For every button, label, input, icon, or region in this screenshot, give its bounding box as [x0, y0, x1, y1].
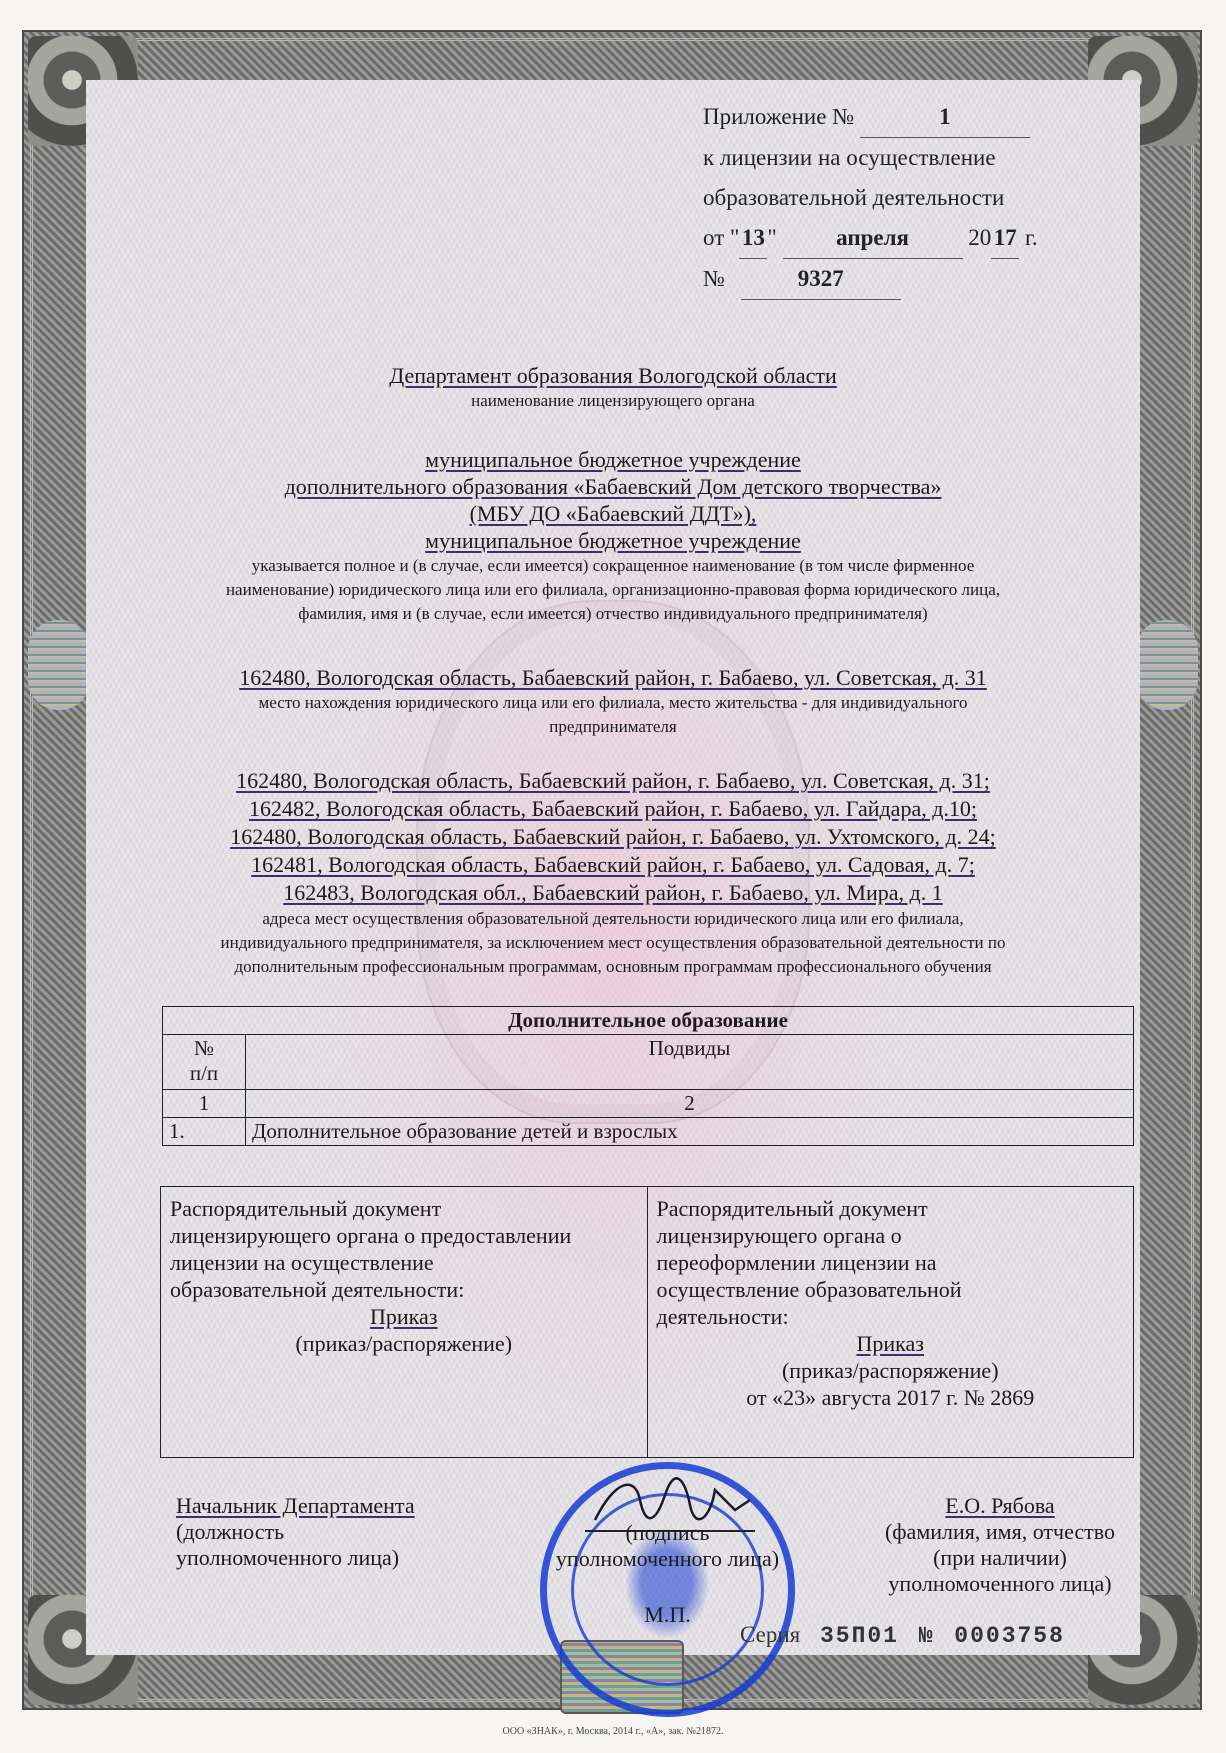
appendix-header: Приложение № 1 к лицензии на осуществлен…: [703, 97, 1038, 300]
date-year-prefix: 20: [968, 225, 991, 250]
series-value: 35П01: [820, 1623, 899, 1649]
appendix-date: от "13" апреля 2017 г.: [703, 218, 1038, 259]
licensing-body: Департамент образования Вологодской обла…: [86, 362, 1140, 413]
signature-caption-line: уполномоченного лица): [540, 1546, 795, 1572]
activity-caption: адреса мест осуществления образовательно…: [86, 907, 1140, 931]
series-label: Серия: [740, 1622, 800, 1647]
date-day: 13: [739, 218, 767, 259]
signature-caption: (подпись уполномоченного лица) М.П.: [540, 1520, 795, 1628]
col-num-line2: п/п: [169, 1061, 239, 1086]
appendix-line2: к лицензии на осуществление: [703, 138, 1038, 178]
activity-addresses-block: 162480, Вологодская область, Бабаевский …: [86, 767, 1140, 979]
table-row: 1. Дополнительное образование детей и вз…: [163, 1118, 1134, 1146]
grant-doc-caption: (приказ/распоряжение): [170, 1330, 638, 1357]
date-month: апреля: [783, 218, 963, 259]
official-position: Начальник Департамента (должность уполно…: [176, 1493, 415, 1571]
reissue-doc-ref: от «23» августа 2017 г. № 2869: [657, 1384, 1125, 1411]
licensing-body-caption: наименование лицензирующего органа: [86, 389, 1140, 413]
orders-table: Распорядительный документ лицензирующего…: [160, 1186, 1134, 1458]
grant-line: Распорядительный документ: [170, 1195, 638, 1222]
name-caption: уполномоченного лица): [860, 1571, 1140, 1597]
signature-caption-line: (подпись: [540, 1520, 795, 1546]
position-caption: уполномоченного лица): [176, 1545, 415, 1571]
form-number: 0003758: [954, 1623, 1065, 1649]
name-caption: (фамилия, имя, отчество: [860, 1519, 1140, 1545]
table-title: Дополнительное образование: [163, 1007, 1134, 1035]
activity-caption: дополнительным профессиональным программ…: [86, 955, 1140, 979]
location-caption: предпринимателя: [86, 715, 1140, 739]
licensing-body-name: Департамент образования Вологодской обла…: [389, 363, 837, 388]
grant-line: лицензии на осуществление: [170, 1249, 638, 1276]
grant-doc-type: Приказ: [370, 1304, 437, 1329]
knot-ornament-icon: [1136, 620, 1198, 710]
grant-line: образовательной деятельности:: [170, 1276, 638, 1303]
licensee-line: муниципальное бюджетное учреждение: [425, 447, 801, 472]
col-header-subtypes: Подвиды: [246, 1035, 1134, 1090]
reissue-line: лицензирующего органа о: [657, 1222, 1125, 1249]
reissue-line: переоформлении лицензии на: [657, 1249, 1125, 1276]
row-number: 1.: [163, 1118, 246, 1146]
licensee-caption: указывается полное и (в случае, если име…: [86, 554, 1140, 578]
table-header-row: № п/п Подвиды: [163, 1035, 1134, 1090]
date-quote: ": [767, 225, 776, 250]
activity-address: 162480, Вологодская область, Бабаевский …: [230, 824, 996, 849]
reissue-line: осуществление образовательной: [657, 1276, 1125, 1303]
official-name-value: Е.О. Рябова: [945, 1493, 1054, 1518]
row-subtype: Дополнительное образование детей и взрос…: [246, 1118, 1134, 1146]
col-header-number: № п/п: [163, 1035, 246, 1090]
activity-address: 162481, Вологодская область, Бабаевский …: [251, 852, 975, 877]
date-prefix: от ": [703, 225, 739, 250]
position-title: Начальник Департамента: [176, 1493, 415, 1518]
reissue-doc-caption: (приказ/распоряжение): [657, 1357, 1125, 1384]
licensee-line: (МБУ ДО «Бабаевский ДДТ»),: [470, 501, 757, 526]
education-table: Дополнительное образование № п/п Подвиды…: [162, 1006, 1134, 1146]
licensee-block: муниципальное бюджетное учреждение допол…: [86, 446, 1140, 626]
col-num-line1: №: [169, 1036, 239, 1061]
licensee-line: муниципальное бюджетное учреждение: [425, 528, 801, 553]
appendix-line3: образовательной деятельности: [703, 178, 1038, 218]
license-number-line: № 9327: [703, 259, 1038, 300]
date-year: 17: [991, 218, 1019, 259]
licensee-caption: фамилия, имя и (в случае, если имеется) …: [86, 602, 1140, 626]
location-block: 162480, Вологодская область, Бабаевский …: [86, 664, 1140, 739]
name-caption: (при наличии): [860, 1545, 1140, 1571]
reissue-line: деятельности:: [657, 1303, 1125, 1330]
appendix-number: 1: [860, 97, 1030, 138]
activity-address: 162480, Вологодская область, Бабаевский …: [236, 768, 990, 793]
form-series: Серия 35П01 № 0003758: [740, 1622, 1065, 1649]
reissue-line: Распорядительный документ: [657, 1195, 1125, 1222]
activity-address: 162482, Вологодская область, Бабаевский …: [249, 796, 977, 821]
license-number: 9327: [741, 259, 901, 300]
printer-imprint: ООО «ЗНАК», г. Москва, 2014 г., «А», зак…: [0, 1726, 1226, 1737]
activity-address: 162483, Вологодская обл., Бабаевский рай…: [283, 880, 942, 905]
index-cell: 2: [246, 1090, 1134, 1118]
table-index-row: 1 2: [163, 1090, 1134, 1118]
date-year-end: г.: [1019, 225, 1037, 250]
activity-caption: индивидуального предпринимателя, за искл…: [86, 931, 1140, 955]
knot-ornament-icon: [28, 620, 90, 710]
position-caption: (должность: [176, 1519, 415, 1545]
official-name: Е.О. Рябова (фамилия, имя, отчество (при…: [860, 1493, 1140, 1597]
number-sign: №: [703, 266, 725, 291]
licensee-line: дополнительного образования «Бабаевский …: [285, 474, 942, 499]
index-cell: 1: [163, 1090, 246, 1118]
appendix-label: Приложение №: [703, 104, 854, 129]
licensee-caption: наименование) юридического лица или его …: [86, 578, 1140, 602]
location-caption: место нахождения юридического лица или е…: [86, 691, 1140, 715]
location-address: 162480, Вологодская область, Бабаевский …: [239, 665, 987, 690]
grant-order-cell: Распорядительный документ лицензирующего…: [161, 1187, 648, 1458]
reissue-order-cell: Распорядительный документ лицензирующего…: [647, 1187, 1134, 1458]
form-number-sign: №: [919, 1623, 935, 1649]
reissue-doc-type: Приказ: [857, 1331, 924, 1356]
grant-line: лицензирующего органа о предоставлении: [170, 1222, 638, 1249]
